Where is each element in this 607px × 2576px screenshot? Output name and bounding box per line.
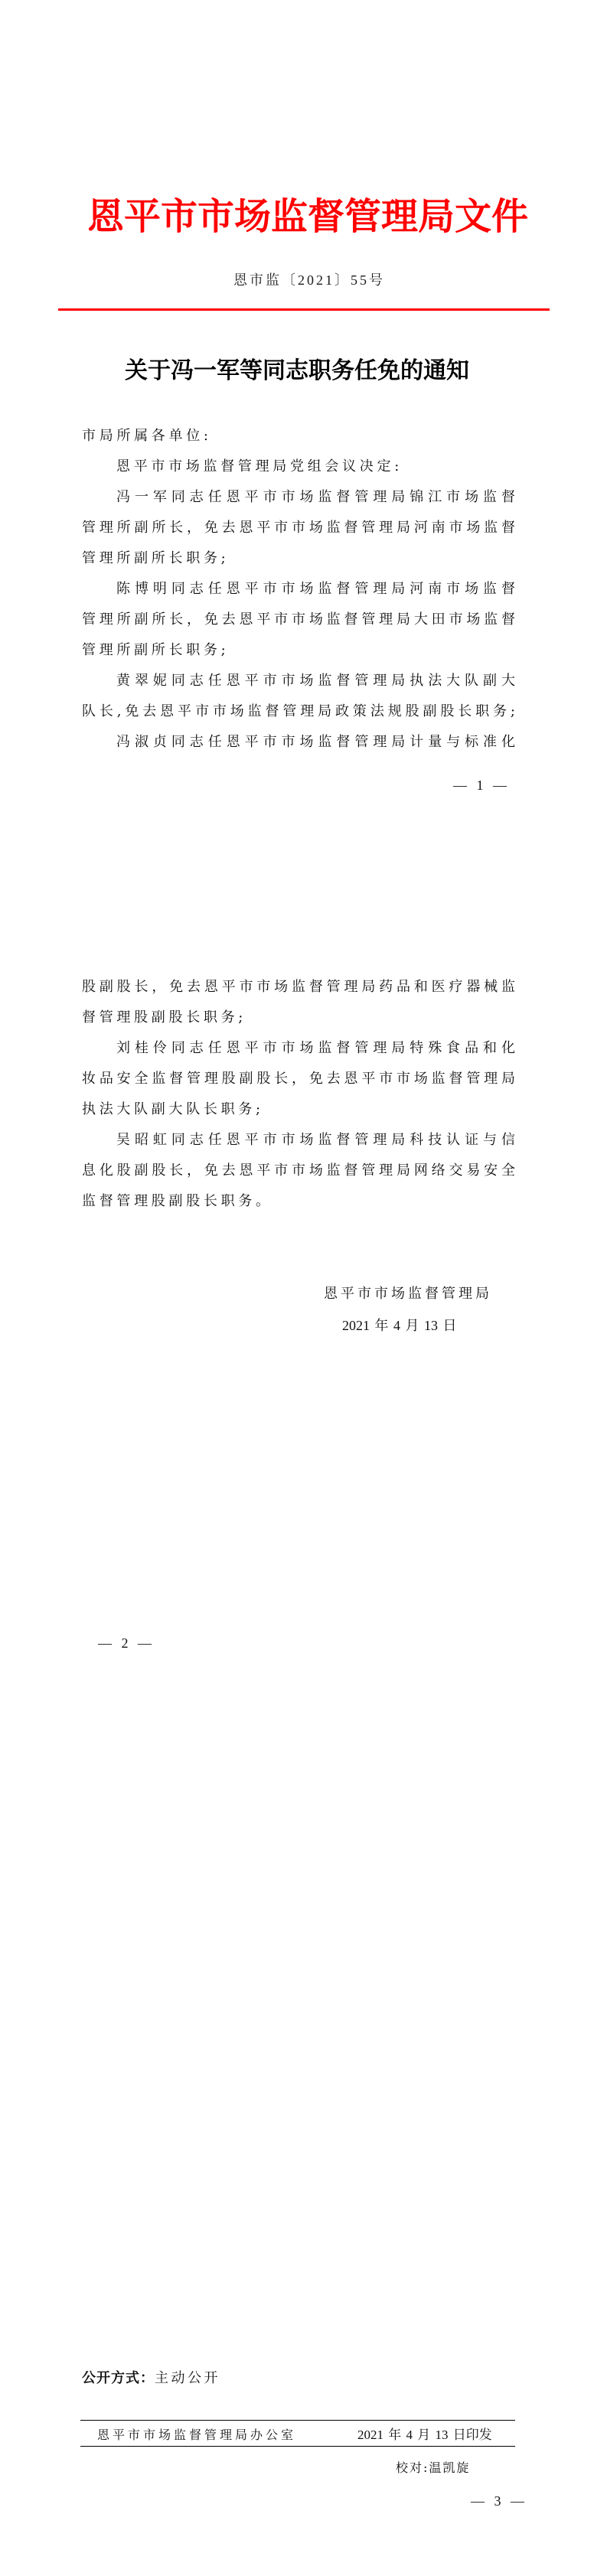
page-2: 股副股长，免去恩平市市场监督管理局药品和医疗器械监 督管理股副股长职务; 刘桂伶…	[0, 859, 607, 1717]
body-line: 陈博明同志任恩平市市场监督管理局河南市场监督	[82, 574, 515, 605]
body-line: 冯淑贞同志任恩平市市场监督管理局计量与标准化	[82, 727, 515, 758]
body-line: 管理所副所长，免去恩平市市场监督管理局大田市场监督	[82, 605, 515, 635]
page-number: — 2 —	[98, 1634, 155, 1652]
disclosure-method: 公开方式：主动公开	[82, 2368, 220, 2389]
body-line: 管理所副所长，免去恩平市市场监督管理局河南市场监督	[82, 513, 515, 543]
notice-body-page-2: 股副股长，免去恩平市市场监督管理局药品和医疗器械监 督管理股副股长职务; 刘桂伶…	[82, 972, 515, 1217]
body-line: 队长,免去恩平市市场监督管理局政策法规股副股长职务;	[82, 696, 515, 727]
signature-date: 2021 年 4 月 13 日	[342, 1310, 457, 1341]
issue-date: 2021 年 4 月 13 日印发	[357, 2426, 492, 2444]
body-line: 吴昭虹同志任恩平市市场监督管理局科技认证与信	[82, 1125, 515, 1156]
body-line: 冯一军同志任恩平市市场监督管理局锦江市场监督	[82, 482, 515, 513]
body-line: 妆品安全监督管理股副股长，免去恩平市市场监督管理局	[82, 1064, 515, 1094]
page-1: 恩平市市场监督管理局文件 恩市监〔2021〕55号 关于冯一军等同志职务任免的通…	[0, 0, 607, 859]
notice-body-page-1: 市局所属各单位: 恩平市市场监督管理局党组会议决定: 冯一军同志任恩平市市场监督…	[82, 421, 515, 758]
page-number: — 1 —	[453, 776, 510, 794]
body-line: 督管理股副股长职务;	[82, 1003, 515, 1033]
body-line: 执法大队副大队长职务;	[82, 1094, 515, 1125]
body-line: 股副股长，免去恩平市市场监督管理局药品和医疗器械监	[82, 972, 515, 1003]
page-number: — 3 —	[471, 2492, 527, 2510]
red-header-divider	[58, 308, 550, 311]
footer-bottom-rule	[80, 2446, 515, 2447]
notice-title: 关于冯一军等同志职务任免的通知	[121, 356, 473, 386]
signature-organization: 恩平市市场监督管理局	[324, 1279, 492, 1309]
document-number: 恩市监〔2021〕55号	[233, 271, 385, 289]
document-header-title: 恩平市市场监督管理局文件	[81, 194, 534, 240]
body-line: 管理所副所长职务;	[82, 635, 515, 666]
salutation: 市局所属各单位:	[82, 421, 515, 452]
issuing-office: 恩平市市场监督管理局办公室	[97, 2426, 296, 2444]
body-line: 管理所副所长职务;	[82, 543, 515, 574]
body-line: 黄翠妮同志任恩平市市场监督管理局执法大队副大	[82, 666, 515, 696]
page-3: 公开方式：主动公开 恩平市市场监督管理局办公室 2021 年 4 月 13 日印…	[0, 1717, 607, 2576]
proofreader: 校对:温凯旋	[396, 2459, 470, 2477]
footer-top-rule	[80, 2420, 515, 2421]
body-line: 恩平市市场监督管理局党组会议决定:	[82, 452, 515, 482]
body-line: 息化股副股长，免去恩平市市场监督管理局网络交易安全	[82, 1156, 515, 1186]
disclosure-value: 主动公开	[155, 2370, 220, 2386]
disclosure-label: 公开方式：	[82, 2370, 155, 2386]
body-line: 监督管理股副股长职务。	[82, 1186, 515, 1217]
body-line: 刘桂伶同志任恩平市市场监督管理局特殊食品和化	[82, 1033, 515, 1064]
